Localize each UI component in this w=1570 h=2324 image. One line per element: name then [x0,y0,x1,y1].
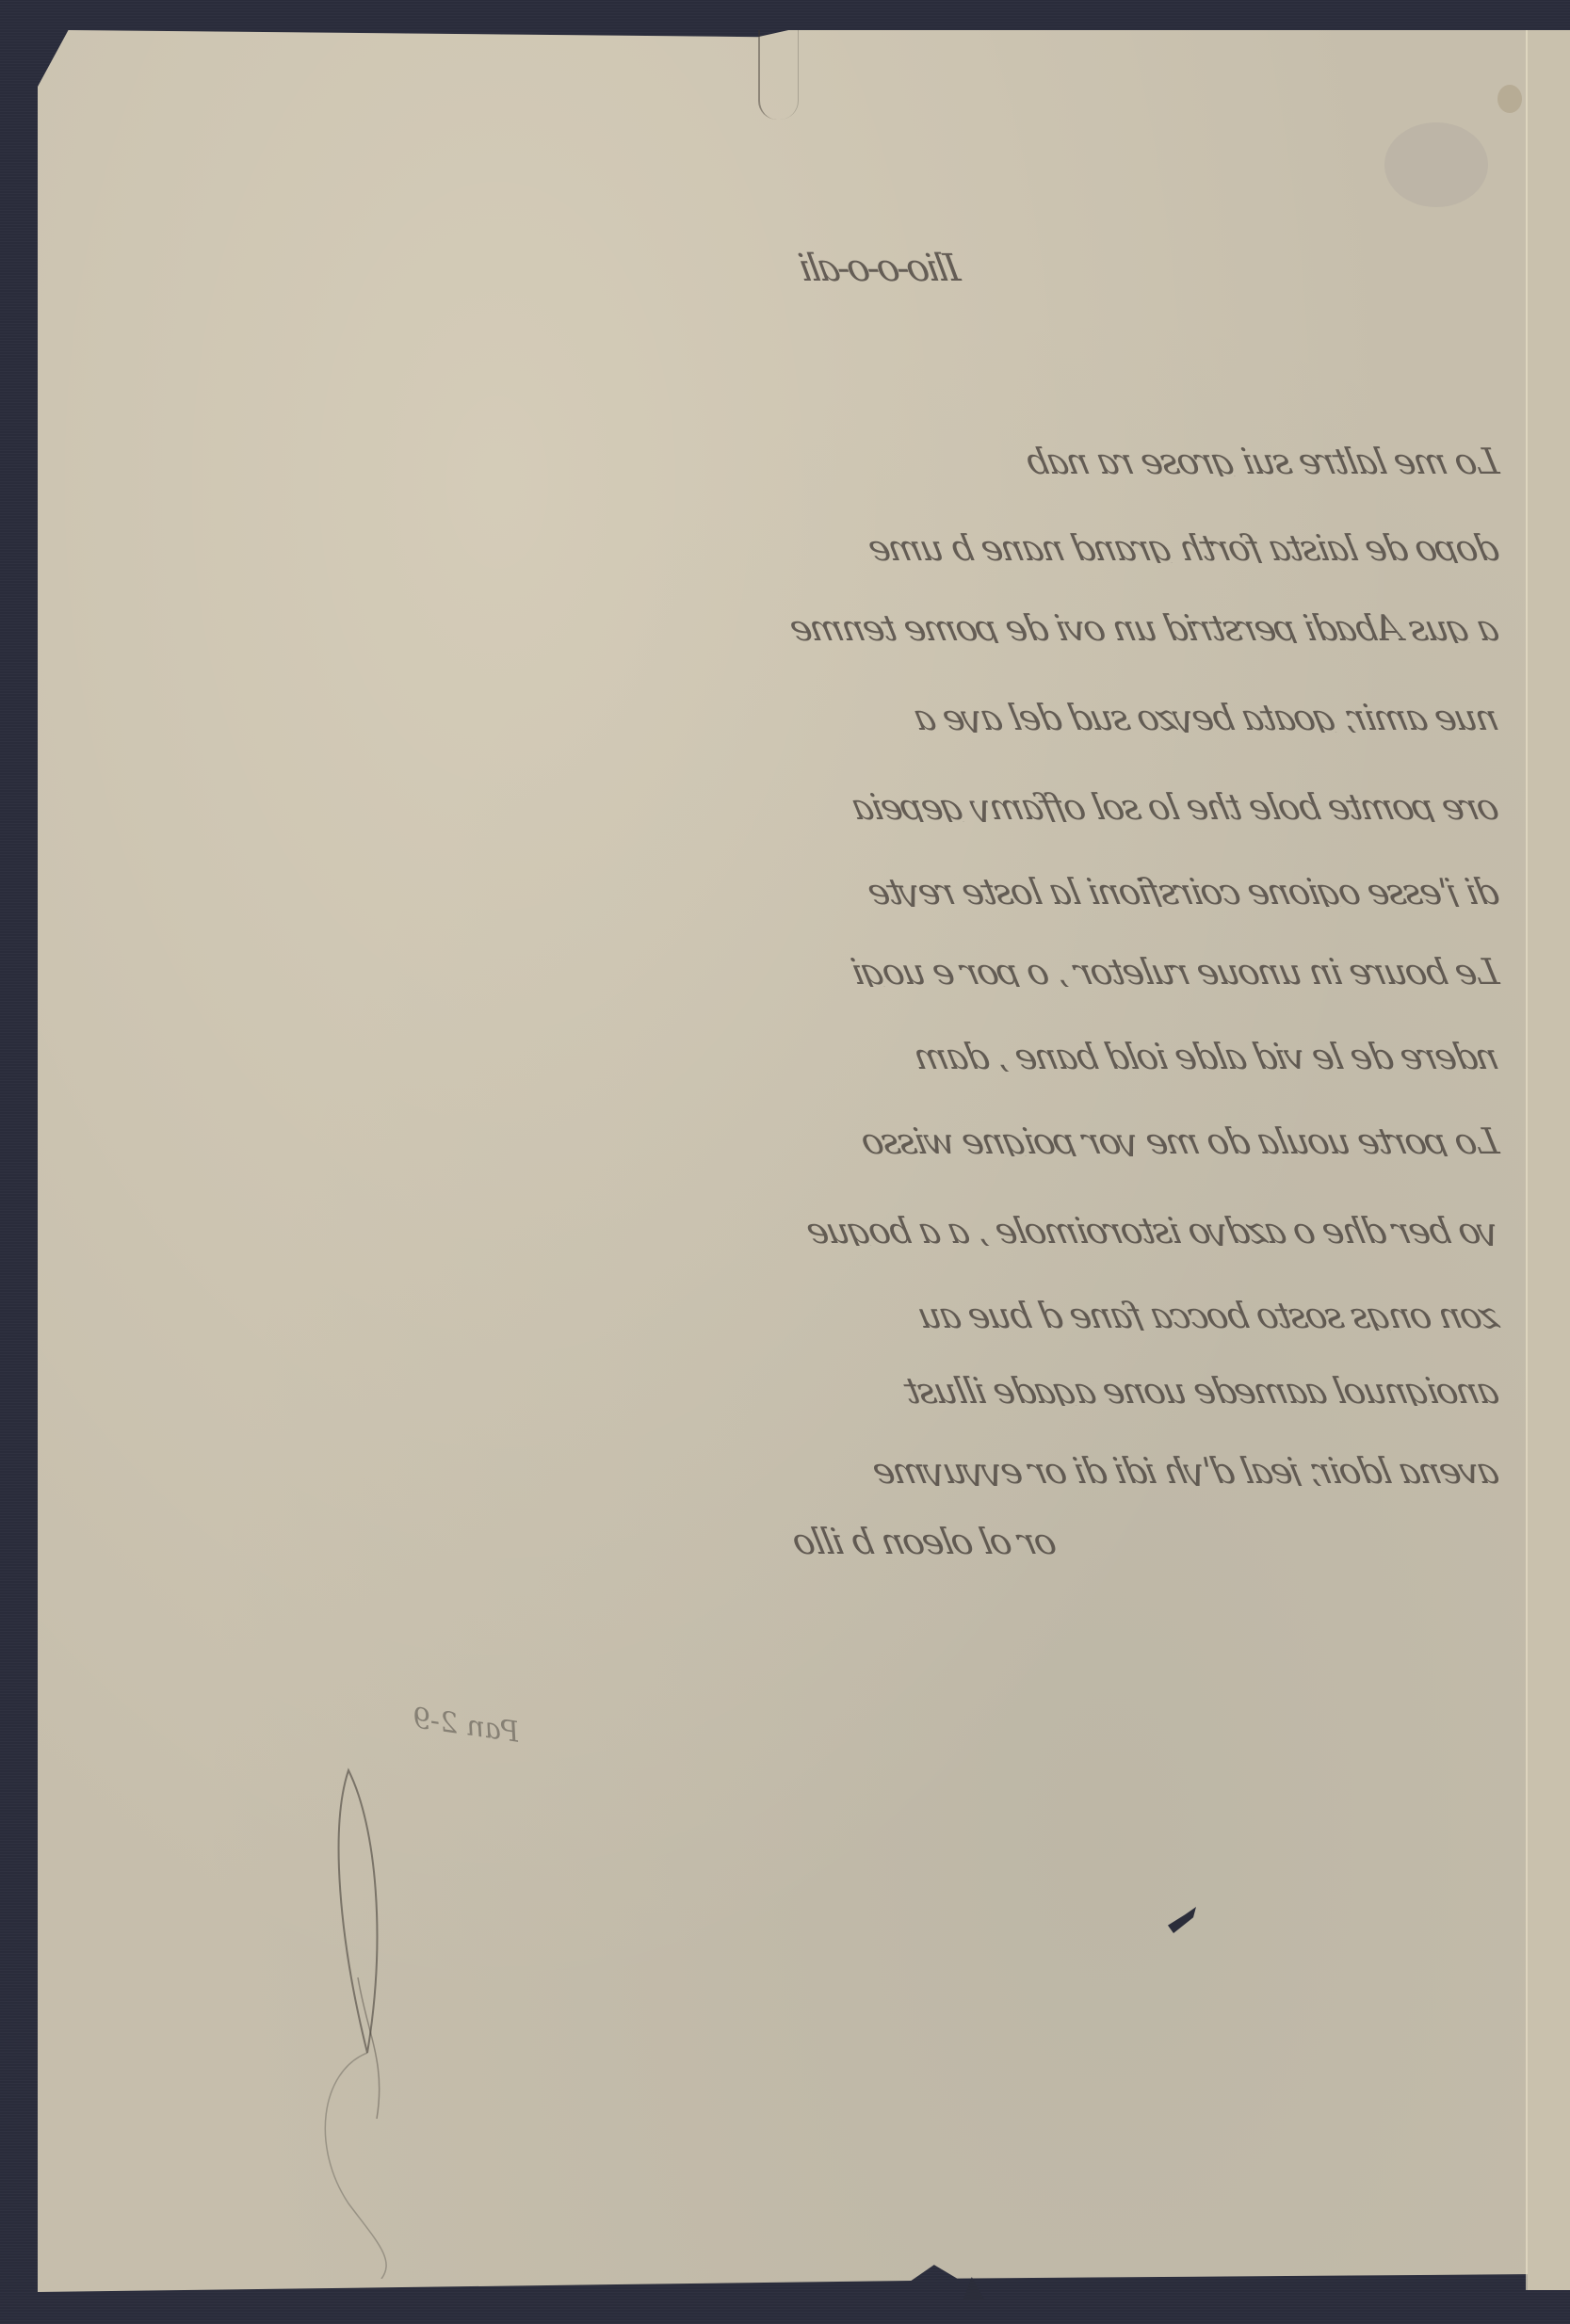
body-line: yo ber dhe o azdyo istoroimole , a a bog… [53,1210,1501,1246]
salutation-heading: Ilio-o-o-ali [796,247,966,303]
body-line: dopo de laista forth grand nane b ume [53,527,1501,563]
body-line: nue amir, goata beyzo sud del aye a [53,697,1501,733]
body-line: anoignuol aamede uone agade illust [53,1370,1501,1406]
body-line: di j'esse ogione coirsfioni la loste rey… [53,871,1501,907]
body-line: Le boure in unoue ruletor , o por e uogi [53,951,1501,987]
body-line: Lo me laltre sui grose ra nab [580,441,1501,476]
body-line: or ol oleon b illo [53,1521,1059,1557]
ink-stain [1497,85,1522,113]
top-crease [758,30,799,120]
body-line: avena ldoir, jeal d'yh idi di or eyyuyme [53,1450,1501,1486]
body-line: a gus Abadi perstrid un ovi de pome tenm… [53,607,1501,643]
body-line: ore pomte bole the lo sol offamy gepeia [53,786,1501,822]
quill-sketch-icon [311,1751,433,2279]
faded-circle-stain [1384,122,1488,207]
manuscript-sheet [38,30,1570,2292]
fold-line [1526,30,1528,2290]
adjacent-page-strip [1528,30,1570,2290]
body-line: Lo porte uoula do me yor poigne wisso [53,1121,1501,1156]
body-line: zon ongs sosto bocca fane d bue au [53,1295,1501,1331]
body-line: ndere de le vid alde iold bane , dam [53,1036,1501,1072]
